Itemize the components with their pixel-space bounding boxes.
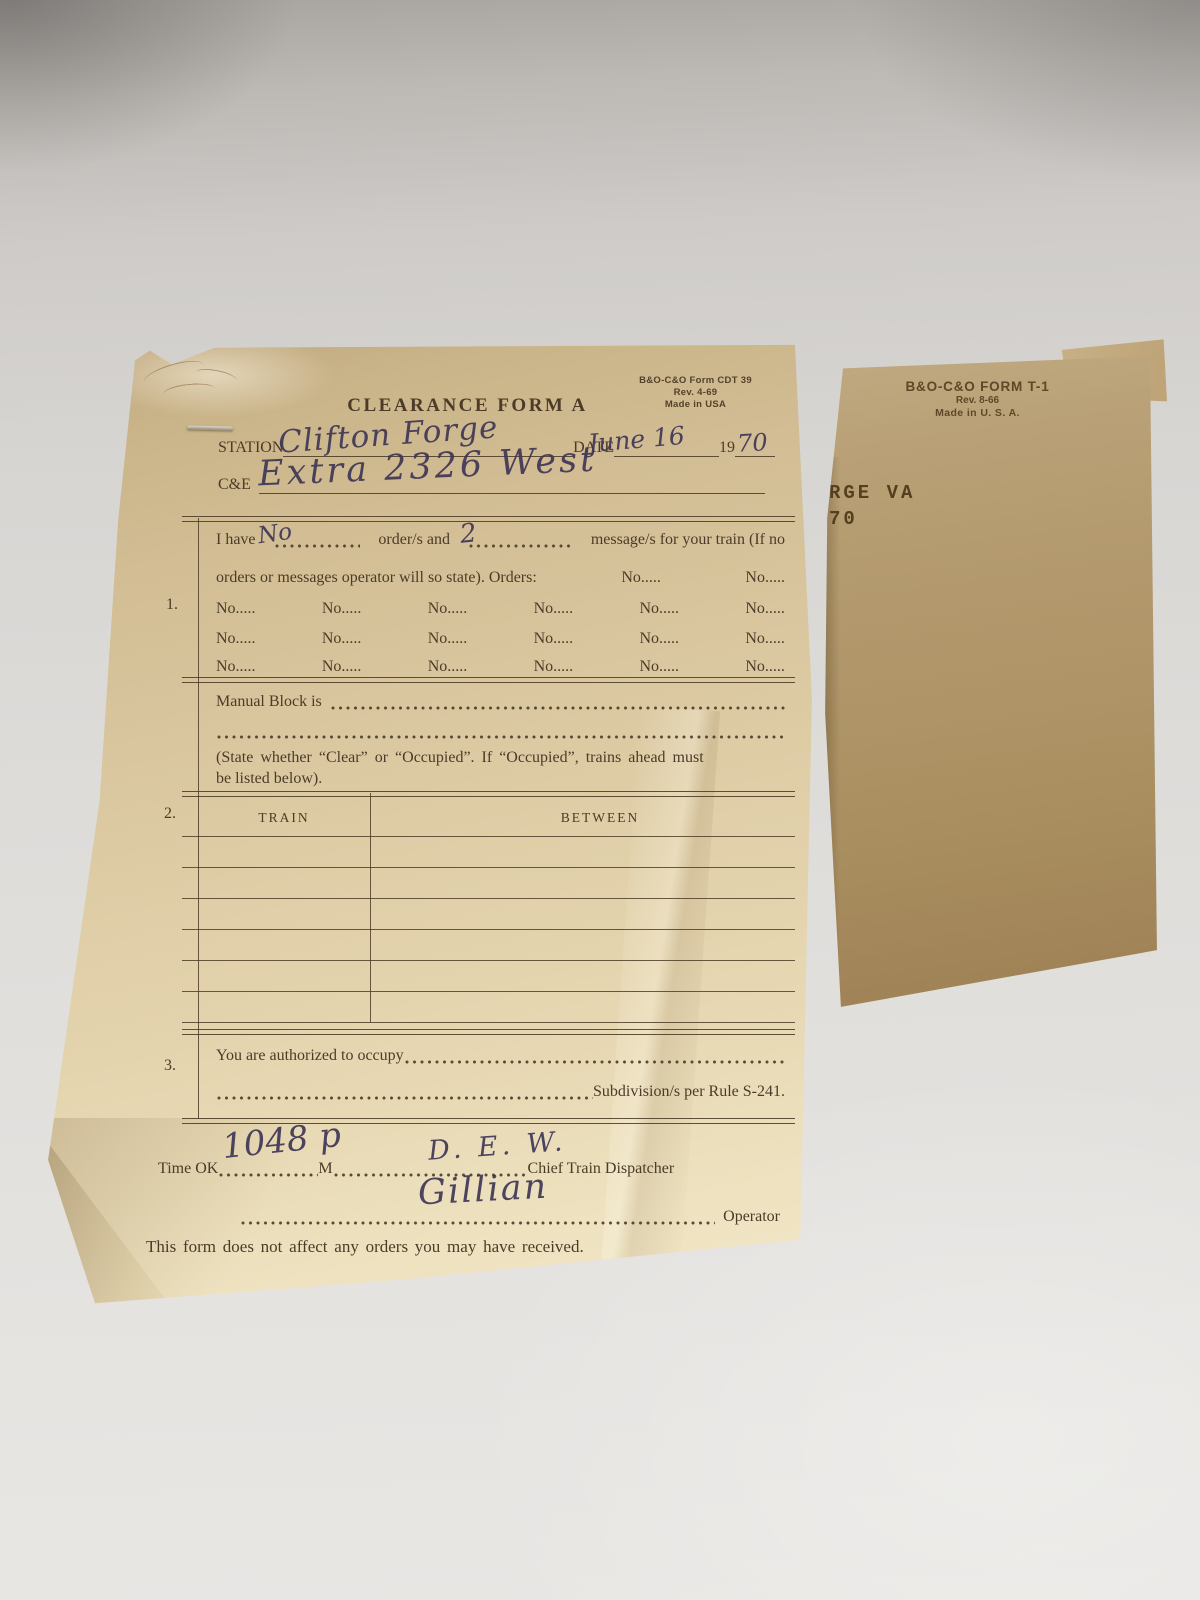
order-number-blank: No..... <box>428 630 468 648</box>
authorized-label: You are authorized to occupy <box>216 1047 404 1065</box>
table-rule <box>182 836 795 837</box>
order-number-blank: No..... <box>534 658 574 676</box>
form-number: B&O-C&O Form CDT 39 <box>608 375 783 387</box>
handwritten-operator-signature: Gillian <box>417 1167 549 1214</box>
envelope-typed-year: 70 <box>829 508 858 530</box>
dotted-leader <box>404 1052 785 1065</box>
order-number-row: No..... No..... No..... No..... No..... … <box>216 658 785 676</box>
order-number-blank: No..... <box>745 600 785 618</box>
orders-and-label: order/s and <box>378 531 450 549</box>
order-number-blank: No..... <box>621 569 661 587</box>
manual-block-label: Manual Block is <box>216 693 322 711</box>
form-disclaimer: This form does not affect any orders you… <box>146 1237 584 1257</box>
table-column-divider <box>370 793 371 1022</box>
operator-label: Operator <box>723 1208 780 1226</box>
envelope-printed-heading: B&O-C&O FORM T-1 Rev. 8-66 Made in U. S.… <box>870 378 1085 420</box>
envelope-form-t1: B&O-C&O FORM T-1 Rev. 8-66 Made in U. S.… <box>815 342 1165 1017</box>
operator-state-label: orders or messages operator will so stat… <box>216 569 537 587</box>
table-row-rule <box>182 867 795 868</box>
table-header-between: BETWEEN <box>430 810 770 826</box>
handwritten-orders-count: No <box>256 519 293 549</box>
subdivision-line: Subdivision/s per Rule S-241. <box>216 1083 785 1101</box>
manual-block-line-2 <box>216 727 785 740</box>
order-number-row: No..... No..... No..... No..... No..... … <box>216 600 785 618</box>
table-row-rule <box>182 991 795 992</box>
order-number-row: No..... No..... No..... No..... No..... … <box>216 630 785 648</box>
order-number-blank: No..... <box>216 658 256 676</box>
order-number-blank: No..... <box>216 600 256 618</box>
order-number-blank: No..... <box>640 600 680 618</box>
order-number-blank: No..... <box>534 600 574 618</box>
order-number-blank: No..... <box>428 600 468 618</box>
manual-block-note: (State whether “Clear” or “Occupied”. If… <box>216 749 785 767</box>
order-number-blank: No..... <box>216 630 256 648</box>
section-2-number: 2. <box>164 805 176 823</box>
envelope-revision: Rev. 8-66 <box>870 395 1085 407</box>
table-header-train: TRAIN <box>198 810 370 826</box>
order-number-blank: No..... <box>428 658 468 676</box>
orders-state-line: orders or messages operator will so stat… <box>216 569 785 587</box>
double-rule <box>182 791 795 797</box>
manual-block-note: be listed below). <box>216 770 322 788</box>
envelope-form-number: B&O-C&O FORM T-1 <box>870 378 1085 395</box>
dotted-leader <box>240 1213 715 1226</box>
table-row-rule <box>182 1022 795 1023</box>
order-number-blank: No..... <box>322 600 362 618</box>
authorized-occupy-line: You are authorized to occupy <box>216 1047 785 1065</box>
section-1-number: 1. <box>166 596 178 614</box>
meridian-label: M <box>318 1160 332 1178</box>
dispatcher-label: Chief Train Dispatcher <box>528 1160 675 1178</box>
orders-messages-line: I have order/s and message/s for your tr… <box>216 531 785 549</box>
dotted-leader <box>216 1088 593 1101</box>
year-prefix: 19 <box>719 439 735 457</box>
operator-line: Operator <box>240 1208 780 1226</box>
order-number-blank: No..... <box>534 630 574 648</box>
section-3-number: 3. <box>164 1057 176 1075</box>
order-number-blank: No..... <box>640 658 680 676</box>
dotted-leader <box>218 1165 318 1178</box>
order-number-blank: No..... <box>745 569 785 587</box>
dotted-leader <box>216 727 785 740</box>
subdivision-label: Subdivision/s per Rule S-241. <box>593 1083 785 1101</box>
handwritten-year: 70 <box>736 428 768 458</box>
messages-label: message/s for your train (If no <box>591 531 785 549</box>
order-number-blank: No..... <box>745 630 785 648</box>
double-rule <box>182 1029 795 1035</box>
envelope-fold-edge <box>824 457 840 1007</box>
handwritten-messages-count: 2 <box>458 518 478 550</box>
envelope-made-in: Made in U. S. A. <box>870 407 1085 420</box>
table-row-rule <box>182 929 795 930</box>
double-rule <box>182 677 795 683</box>
envelope-typed-station: RGE VA <box>829 482 915 504</box>
clearance-form-a: B&O-C&O Form CDT 39 Rev. 4-69 Made in US… <box>45 338 815 1313</box>
ce-label: C&E <box>218 476 251 494</box>
form-printed-area: B&O-C&O Form CDT 39 Rev. 4-69 Made in US… <box>140 373 795 1278</box>
order-number-blank: No..... <box>322 630 362 648</box>
table-row-rule <box>182 960 795 961</box>
table-row-rule <box>182 898 795 899</box>
order-number-blank: No..... <box>745 658 785 676</box>
manual-block-line: Manual Block is <box>216 693 785 711</box>
dotted-leader <box>330 698 785 711</box>
time-ok-label: Time OK <box>158 1160 218 1178</box>
order-number-blank: No..... <box>322 658 362 676</box>
order-number-blank: No..... <box>640 630 680 648</box>
dotted-leader <box>468 536 572 549</box>
i-have-label: I have <box>216 531 256 549</box>
